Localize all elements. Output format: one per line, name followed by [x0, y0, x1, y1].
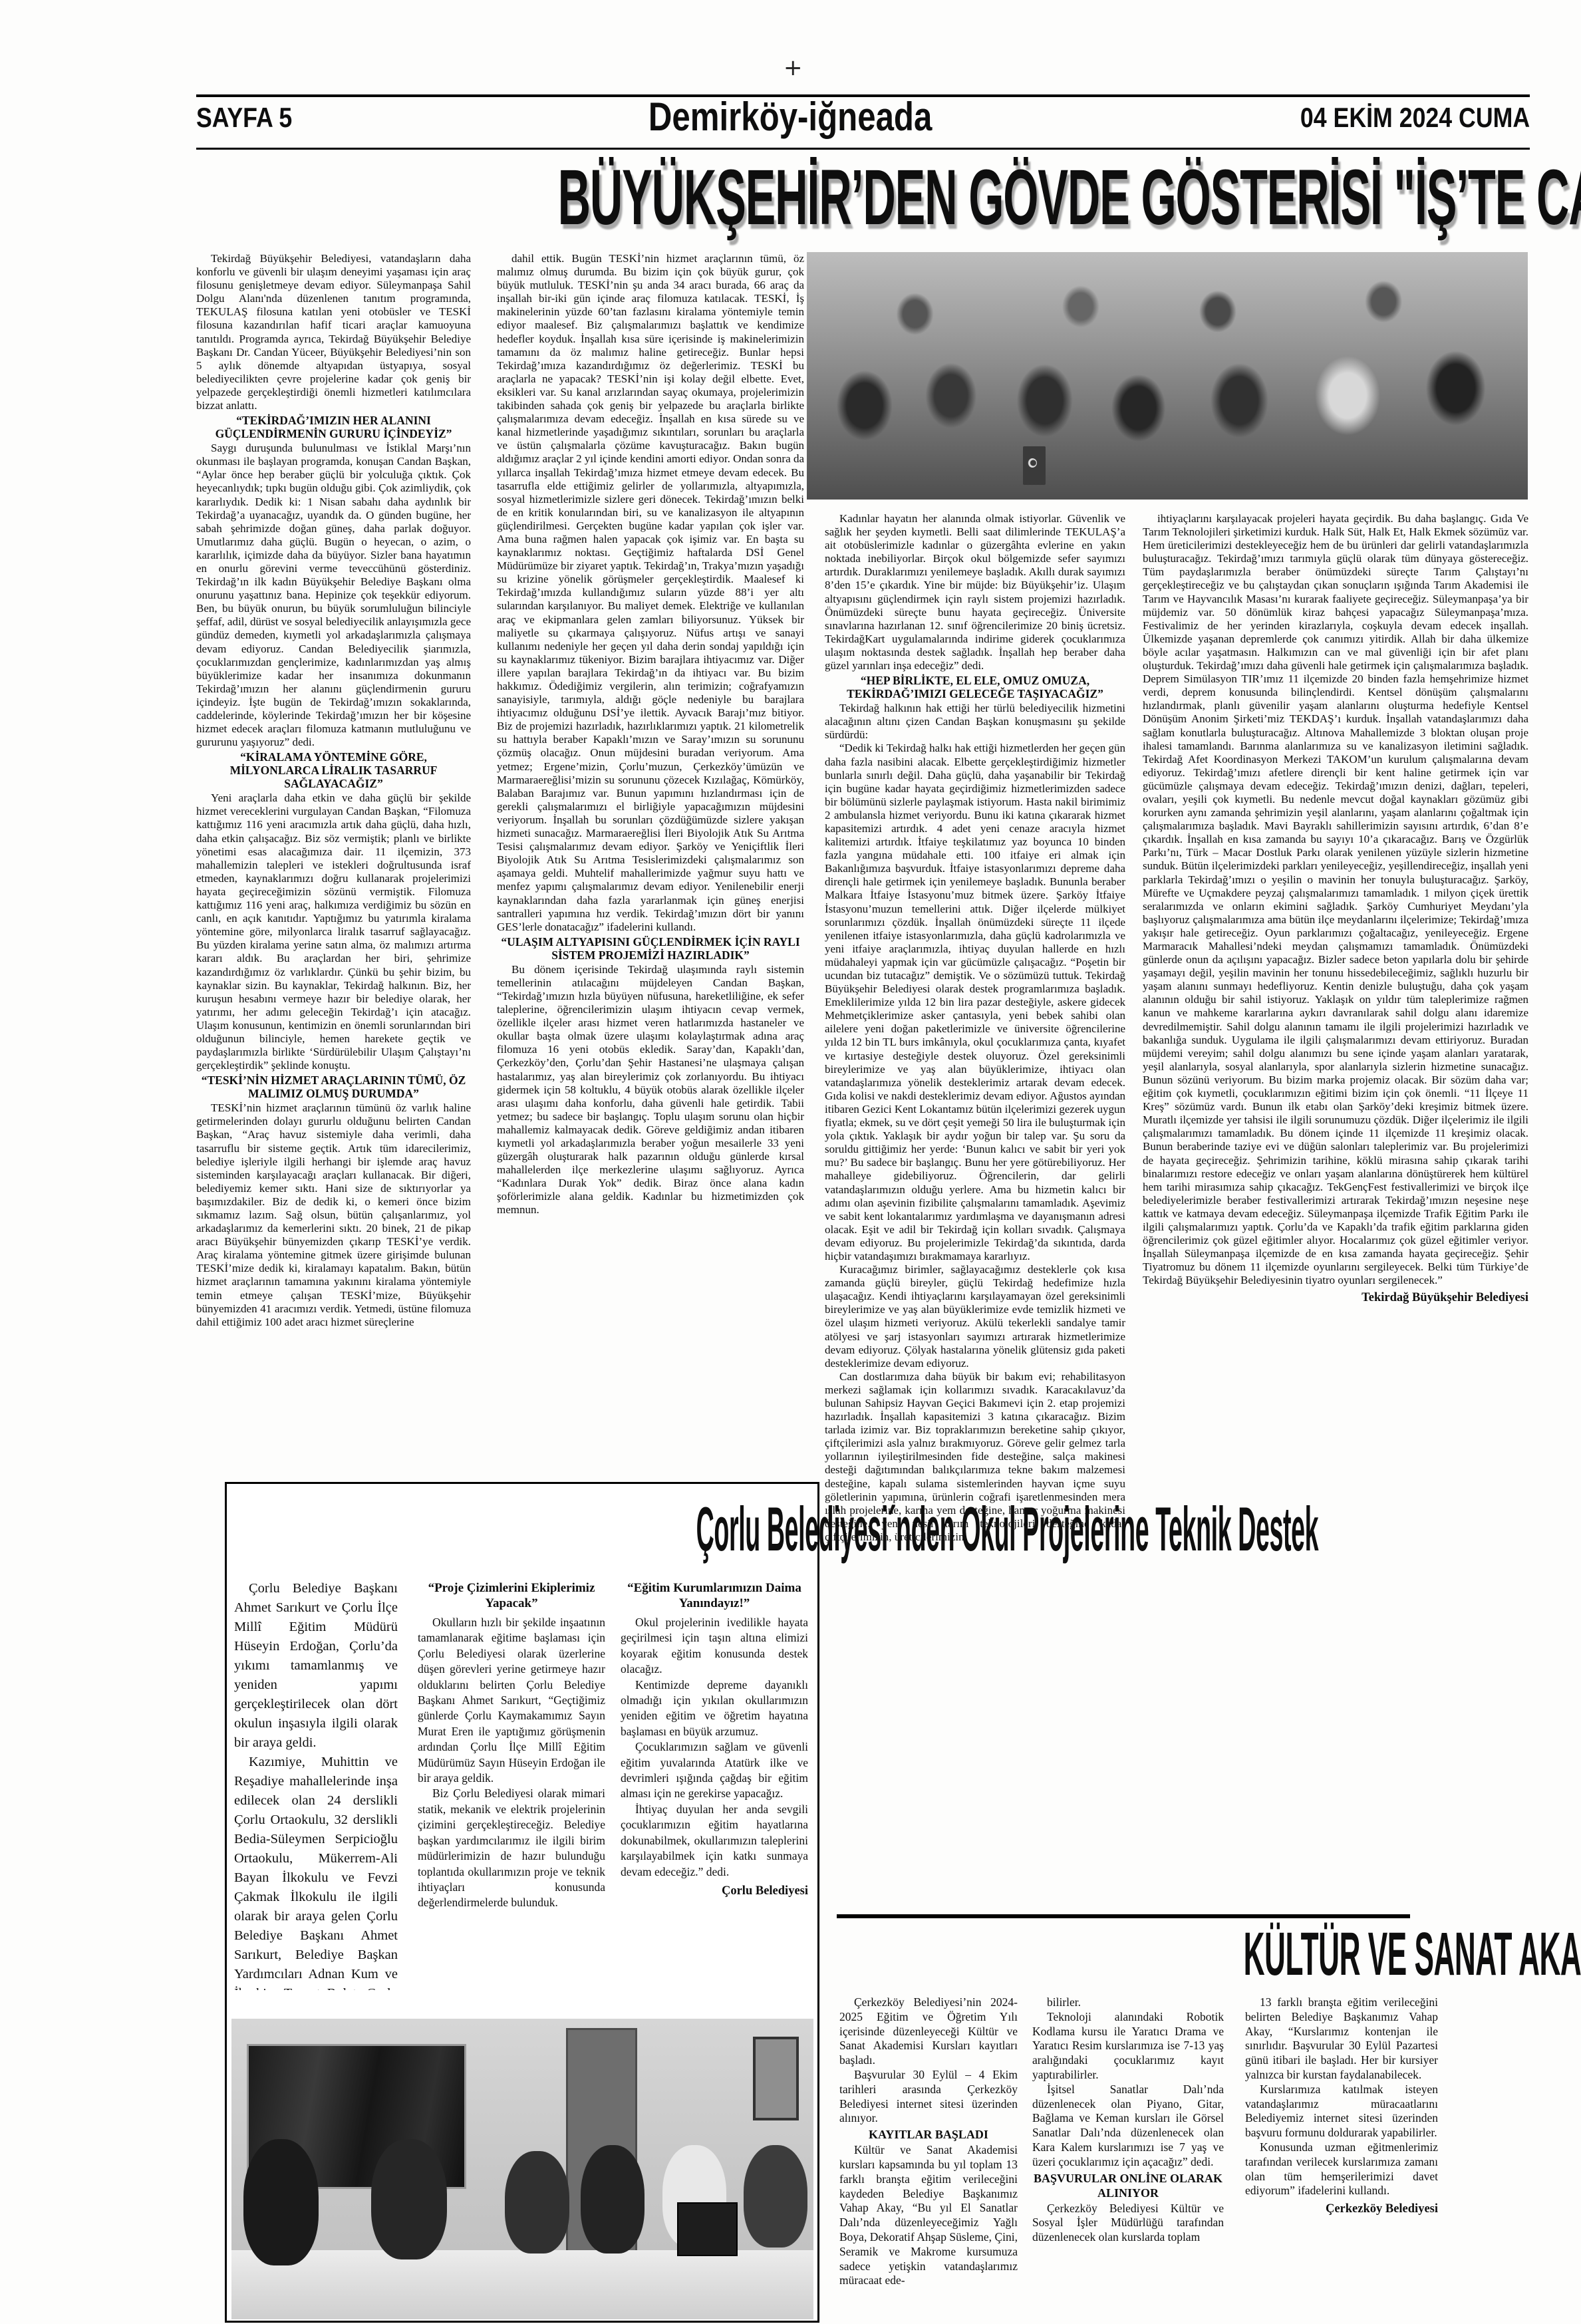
article-subhead: “Eğitim Kurumlarımızın Daima Yanındayız!…	[621, 1580, 808, 1611]
crowd-ceremony-photo	[807, 252, 1528, 500]
person-silhouette	[505, 2151, 569, 2253]
meeting-room-photo	[231, 2019, 813, 2319]
article-paragraph: Kazımiye, Muhittin ve Reşadiye mahallele…	[234, 1753, 398, 1990]
article-paragraph: Çocuklarımızın sağlam ve güvenli eğitim …	[621, 1739, 808, 1802]
person-silhouette	[371, 2139, 447, 2259]
article-paragraph: Okulların hızlı bir şekilde inşaatının t…	[418, 1615, 605, 1786]
article-subhead: “TESKİ’NİN HİZMET ARAÇLARININ TÜMÜ, ÖZ M…	[196, 1074, 471, 1100]
portrait-frame	[753, 2037, 799, 2120]
article-paragraph: İşitsel Sanatlar Dalı’nda düzenlenecek o…	[1032, 2083, 1224, 2170]
article-paragraph: Okul projelerinin ivedilikle hayata geçi…	[621, 1615, 808, 1677]
main-article-column-3: Kadınlar hayatın her alanında olmak isti…	[825, 512, 1125, 1894]
article-paragraph: Kadınlar hayatın her alanında olmak isti…	[825, 512, 1125, 672]
kultur-rule	[837, 1914, 1410, 1918]
article-subhead: BAŞVURULAR ONLİNE OLARAK ALINIYOR	[1032, 2171, 1224, 2200]
person-silhouette	[744, 2145, 807, 2248]
article-attribution: Çerkezköy Belediyesi	[1245, 2202, 1438, 2217]
kultur-column-2: bilirler.Teknoloji alanındaki Robotik Ko…	[1032, 1995, 1224, 2321]
kultur-column-3: 13 farklı branşta eğitim verileceğini be…	[1245, 1995, 1438, 2321]
newspaper-page: + SAYFA 5 Demirköy-iğneada 04 EKİM 2024 …	[0, 0, 1581, 2324]
person-silhouette	[581, 2145, 645, 2253]
article-attribution: Çorlu Belediyesi	[621, 1884, 808, 1899]
main-headline: BÜYÜKŞEHİR’DEN GÖVDE GÖSTERİSİ "İŞ’TE CA…	[0, 158, 1581, 237]
article-paragraph: dahil ettik. Bugün TESKİ’nin hizmet araç…	[497, 252, 804, 934]
article-paragraph: Kuracağımız birimler, sağlayacağımız des…	[825, 1263, 1125, 1370]
crop-mark: +	[784, 55, 803, 81]
corlu-column-3: “Eğitim Kurumlarımızın Daima Yanındayız!…	[621, 1579, 808, 1994]
article-paragraph: Kurslarımıza katılmak isteyen vatandaşla…	[1245, 2083, 1438, 2140]
article-paragraph: “Dedik ki Tekirdağ halkı hak ettiği hizm…	[825, 742, 1125, 1263]
article-subhead: “ULAŞIM ALTYAPISINI GÜÇLENDİRMEK İÇİN RA…	[497, 935, 804, 962]
article-paragraph: Başvurular 30 Eylül – 4 Ekim tarihleri a…	[839, 2068, 1018, 2126]
computer-monitor	[677, 2202, 738, 2256]
corlu-headline: Çorlu Belediyesi´nden Okul Projelerine T…	[229, 1498, 815, 1560]
article-paragraph: bilirler.	[1032, 1995, 1224, 2010]
article-subhead: “HEP BİRLİKTE, EL ELE, OMUZ OMUZA, TEKİR…	[825, 674, 1125, 700]
article-subhead: KAYITLAR BAŞLADI	[839, 2127, 1018, 2142]
turkish-table-flag	[1023, 446, 1046, 485]
article-subhead: “TEKİRDAĞ’IMIZIN HER ALANINI GÜÇLENDİRME…	[196, 414, 471, 440]
header-rule-bottom	[196, 148, 1530, 150]
article-paragraph: Tekirdağ halkının hak ettiği her türlü b…	[825, 702, 1125, 742]
article-paragraph: Çorlu Belediye Başkanı Ahmet Sarıkurt ve…	[234, 1579, 398, 1753]
article-subhead: “Proje Çizimlerini Ekiplerimiz Yapacak”	[418, 1580, 605, 1611]
kultur-headline: KÜLTÜR VE SANAT AKADEMİSİ KURSLARI BAŞLI…	[837, 1924, 1528, 1985]
article-paragraph: Teknoloji alanındaki Robotik Kodlama kur…	[1032, 2010, 1224, 2083]
issue-date: 04 EKİM 2024 CUMA	[1260, 104, 1530, 132]
article-attribution: Tekirdağ Büyükşehir Belediyesi	[1143, 1291, 1528, 1304]
article-paragraph: ihtiyaçlarını karşılayacak projeleri hay…	[1143, 512, 1528, 1287]
corlu-column-1: Çorlu Belediye Başkanı Ahmet Sarıkurt ve…	[234, 1579, 398, 1990]
article-paragraph: Konusunda uzman eğitmenlerimiz tarafında…	[1245, 2140, 1438, 2198]
article-paragraph: Biz Çorlu Belediyesi olarak mimari stati…	[418, 1786, 605, 1910]
main-article-column-4: ihtiyaçlarını karşılayacak projeleri hay…	[1143, 512, 1528, 1894]
person-silhouette	[243, 2139, 319, 2265]
article-paragraph: Yeni araçlarla daha etkin ve daha güçlü …	[196, 792, 471, 1072]
article-paragraph: TESKİ’nin hizmet araçlarının tümünü öz v…	[196, 1101, 471, 1329]
article-paragraph: Çerkezköy Belediyesi Kültür ve Sosyal İş…	[1032, 2202, 1224, 2245]
kultur-column-1: Çerkezköy Belediyesi’nin 2024-2025 Eğiti…	[839, 1995, 1018, 2321]
meeting-table	[231, 2250, 813, 2319]
article-paragraph: İhtiyaç duyulan her anda sevgili çocukla…	[621, 1802, 808, 1880]
article-paragraph: 13 farklı branşta eğitim verileceğini be…	[1245, 1995, 1438, 2083]
article-paragraph: Saygı duruşunda bulunulması ve İstiklal …	[196, 442, 471, 749]
main-article-column-2: dahil ettik. Bugün TESKİ’nin hizmet araç…	[497, 252, 804, 1480]
article-paragraph: Kültür ve Sanat Akademisi kursları kapsa…	[839, 2143, 1018, 2288]
corlu-column-2: “Proje Çizimlerini Ekiplerimiz Yapacak”O…	[418, 1579, 605, 1994]
article-paragraph: Çerkezköy Belediyesi’nin 2024-2025 Eğiti…	[839, 1995, 1018, 2068]
article-paragraph: Bu dönem içerisinde Tekirdağ ulaşımında …	[497, 963, 804, 1217]
article-paragraph: Tekirdağ Büyükşehir Belediyesi, vatandaş…	[196, 252, 471, 412]
article-subhead: “KİRALAMA YÖNTEMİNE GÖRE, MİLYONLARCA Lİ…	[196, 750, 471, 790]
main-article-column-1: Tekirdağ Büyükşehir Belediyesi, vatandaş…	[196, 252, 471, 1472]
article-paragraph: Kentimizde depreme dayanıklı olmadığı iç…	[621, 1677, 808, 1740]
